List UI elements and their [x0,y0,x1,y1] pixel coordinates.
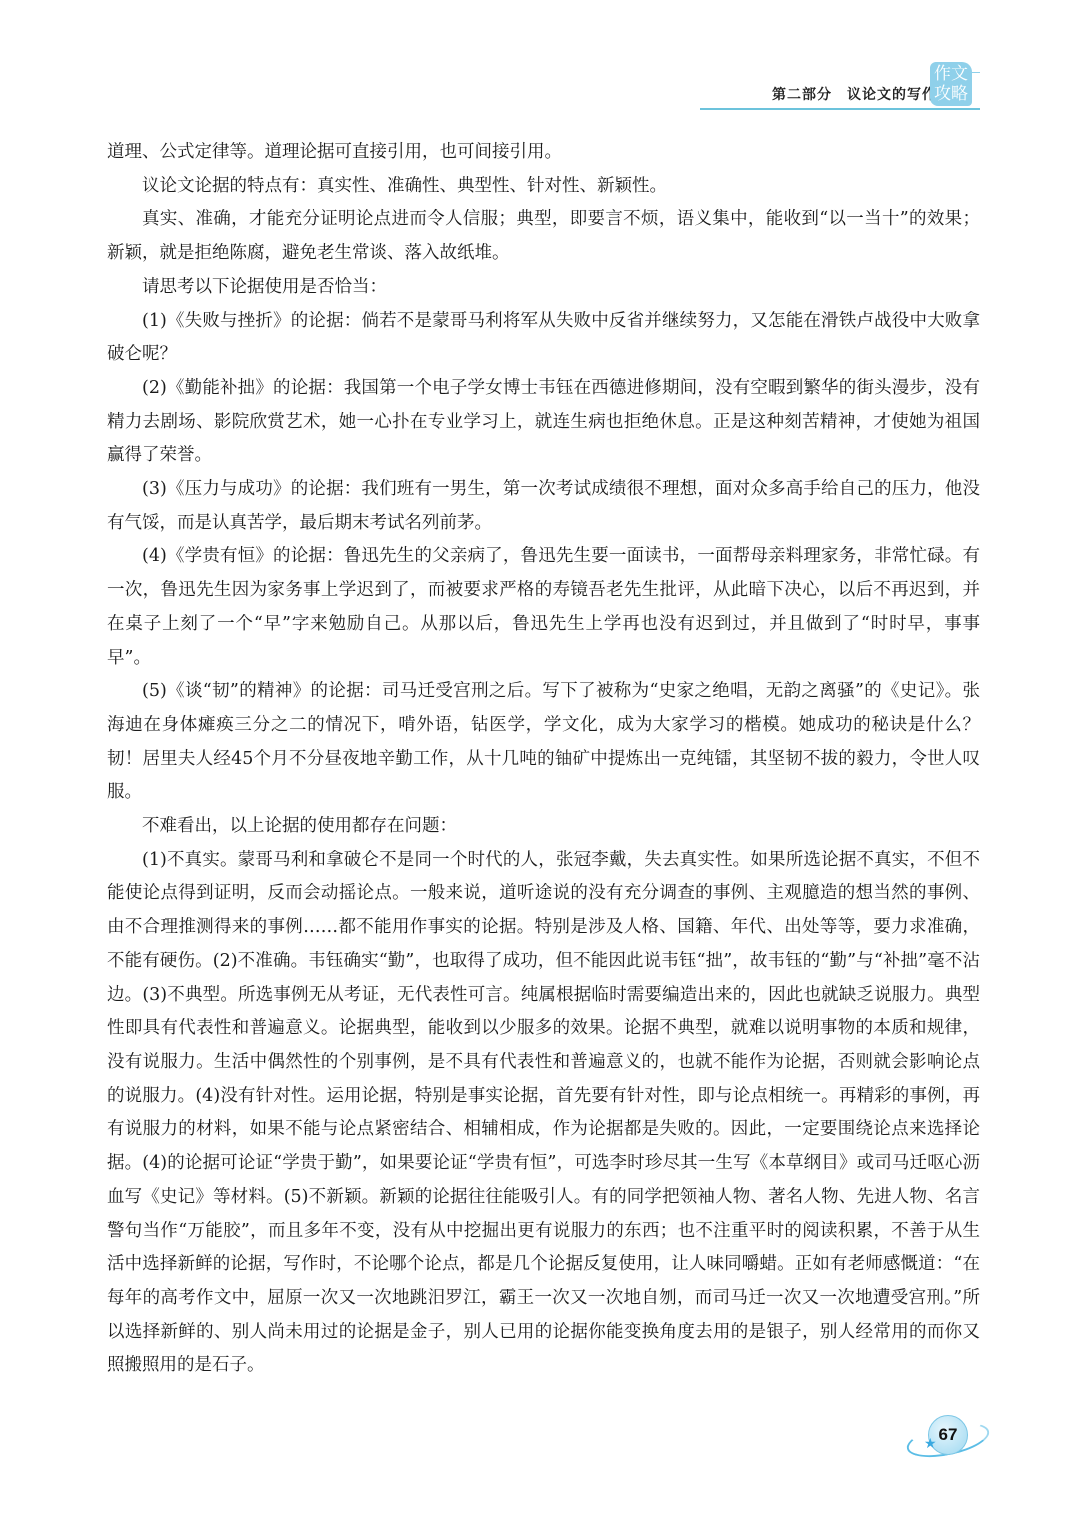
example-4: (4)《学贵有恒》的论据：鲁迅先生的父亲病了，鲁迅先生要一面读书，一面帮母亲料理… [107,540,980,675]
paragraph: 道理、公式定律等。道理论据可直接引用，也可间接引用。 [107,136,980,170]
example-3: (3)《压力与成功》的论据：我们班有一男生，第一次考试成绩很不理想，面对众多高手… [107,473,980,540]
paragraph: 不难看出，以上论据的使用都存在问题： [107,810,980,844]
logo-line-1: 作文 [930,64,972,84]
series-logo: 作文 攻略 [930,62,972,106]
page-header: 第二部分 议论文的写作 作文 攻略 [0,0,1080,120]
paragraph: 真实、准确，才能充分证明论点进而令人信服；典型，即要言不烦，语义集中，能收到“以… [107,203,980,270]
example-2: (2)《勤能补拙》的论据：我国第一个电子学女博士韦钰在西德进修期间，没有空暇到繁… [107,372,980,473]
header-rule [700,108,980,110]
logo-line-2: 攻略 [930,84,972,104]
running-head-section: 第二部分 [772,87,832,103]
running-head: 第二部分 议论文的写作 [772,84,937,104]
star-icon: ★ [924,1436,937,1452]
example-5: (5)《谈“韧”的精神》的论据：司马迁受宫刑之后。写下了被称为“史家之绝唱，无韵… [107,675,980,810]
paragraph: 议论文论据的特点有：真实性、准确性、典型性、针对性、新颖性。 [107,170,980,204]
example-1: (1)《失败与挫折》的论据：倘若不是蒙哥马利将军从失败中反省并继续努力，又怎能在… [107,305,980,372]
paragraph: 请思考以下论据使用是否恰当： [107,271,980,305]
logo-decoration [968,72,980,73]
analysis-paragraph: (1)不真实。蒙哥马利和拿破仑不是同一个时代的人，张冠李戴，失去真实性。如果所选… [107,844,980,1383]
running-head-chapter: 议论文的写作 [847,87,937,103]
body-text: 道理、公式定律等。道理论据可直接引用，也可间接引用。 议论文论据的特点有：真实性… [107,136,980,1383]
